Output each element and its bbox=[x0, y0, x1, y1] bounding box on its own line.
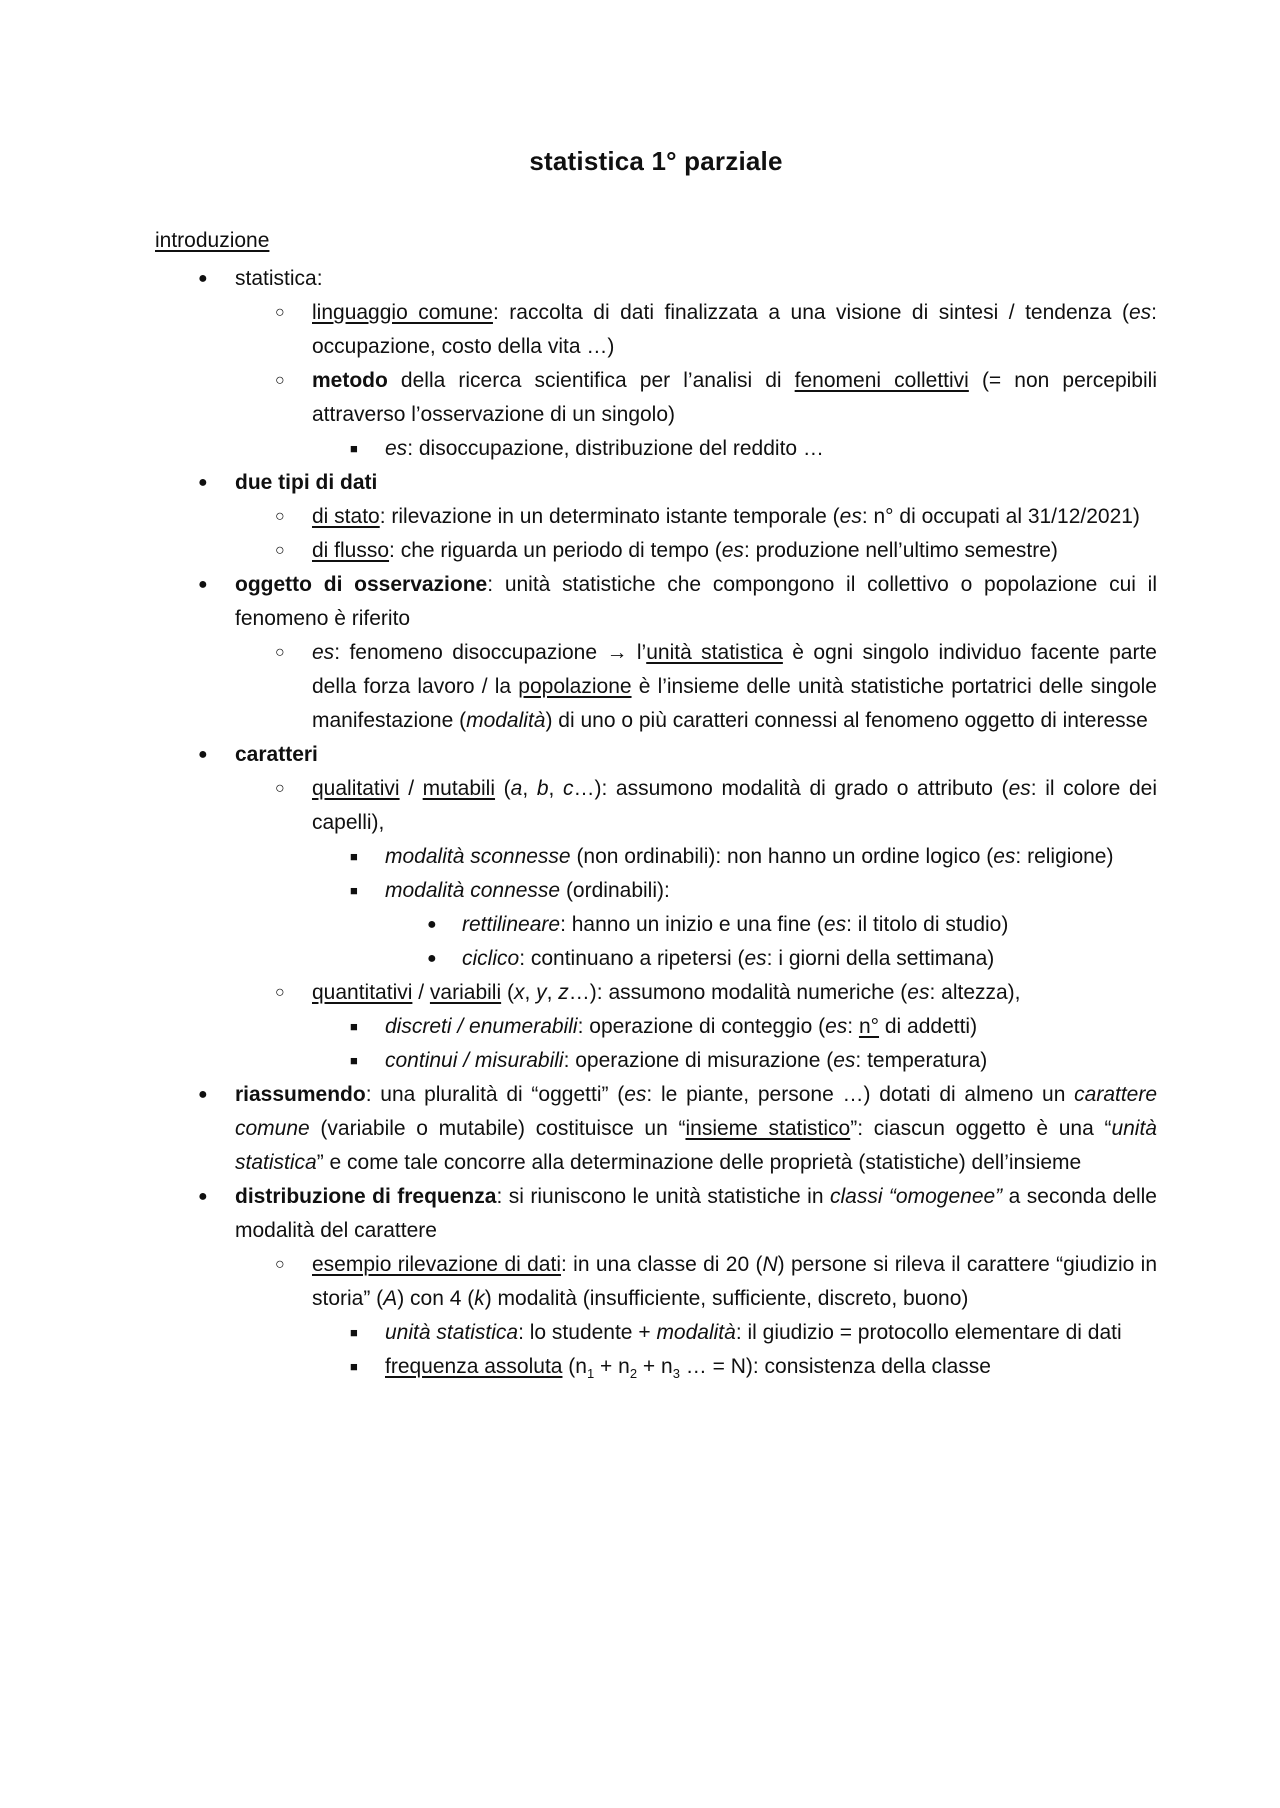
list-item-text: es: fenomeno disoccupazione → l’unità st… bbox=[312, 641, 1157, 732]
bullet-marker-icon: ○ bbox=[275, 500, 285, 534]
bullet-marker-icon: ○ bbox=[275, 976, 285, 1010]
bullet-marker-icon: ● bbox=[198, 1078, 208, 1112]
list-item: ■es: disoccupazione, distribuzione del r… bbox=[155, 432, 1157, 466]
list-item-text: es: disoccupazione, distribuzione del re… bbox=[385, 437, 824, 460]
bullet-marker-icon: ○ bbox=[275, 772, 285, 806]
list-item-text: quantitativi / variabili (x, y, z…): ass… bbox=[312, 981, 1021, 1004]
list-item-text: distribuzione di frequenza: si riuniscon… bbox=[235, 1185, 1157, 1242]
list-item: ○di stato: rilevazione in un determinato… bbox=[155, 500, 1157, 534]
document-title: statistica 1° parziale bbox=[155, 144, 1157, 178]
list-item: ○qualitativi / mutabili (a, b, c…): assu… bbox=[155, 772, 1157, 840]
list-item: ○metodo della ricerca scientifica per l’… bbox=[155, 364, 1157, 432]
bullet-marker-icon: ○ bbox=[275, 534, 285, 568]
bullet-marker-icon: ○ bbox=[275, 1248, 285, 1282]
list-item: ○linguaggio comune: raccolta di dati fin… bbox=[155, 296, 1157, 364]
list-item: ■modalità sconnesse (non ordinabili): no… bbox=[155, 840, 1157, 874]
list-item: ■unità statistica: lo studente + modalit… bbox=[155, 1316, 1157, 1350]
list-item-text: metodo della ricerca scientifica per l’a… bbox=[312, 369, 1157, 426]
bullet-marker-icon: ● bbox=[198, 262, 208, 296]
list-item-text: qualitativi / mutabili (a, b, c…): assum… bbox=[312, 777, 1157, 834]
list-item: ●due tipi di dati bbox=[155, 466, 1157, 500]
list-item: ●riassumendo: una pluralità di “oggetti”… bbox=[155, 1078, 1157, 1180]
list-item: ●distribuzione di frequenza: si riunisco… bbox=[155, 1180, 1157, 1248]
list-item-text: ciclico: continuano a ripetersi (es: i g… bbox=[462, 947, 994, 970]
list-item-text: modalità connesse (ordinabili): bbox=[385, 879, 670, 902]
list-item-text: riassumendo: una pluralità di “oggetti” … bbox=[235, 1083, 1157, 1174]
list-item-text: caratteri bbox=[235, 743, 318, 766]
list-item-text: continui / misurabili: operazione di mis… bbox=[385, 1049, 987, 1072]
list-item-text: rettilineare: hanno un inizio e una fine… bbox=[462, 913, 1008, 936]
bullet-marker-icon: ■ bbox=[350, 840, 358, 874]
bullet-marker-icon: ■ bbox=[350, 1350, 358, 1384]
bullet-marker-icon: ● bbox=[198, 1180, 208, 1214]
bullet-marker-icon: ■ bbox=[350, 432, 358, 466]
bullet-marker-icon: ■ bbox=[350, 1010, 358, 1044]
bullet-marker-icon: ○ bbox=[275, 636, 285, 670]
bullet-marker-icon: ● bbox=[198, 568, 208, 602]
list-item: ○esempio rilevazione di dati: in una cla… bbox=[155, 1248, 1157, 1316]
list-item-text: statistica: bbox=[235, 267, 323, 290]
bullet-marker-icon: ■ bbox=[350, 1044, 358, 1078]
bullet-marker-icon: ● bbox=[198, 738, 208, 772]
list-item: ■modalità connesse (ordinabili): bbox=[155, 874, 1157, 908]
bullet-marker-icon: ○ bbox=[275, 364, 285, 398]
list-item-text: linguaggio comune: raccolta di dati fina… bbox=[312, 301, 1157, 358]
list-item-text: discreti / enumerabili: operazione di co… bbox=[385, 1015, 977, 1038]
list-item-text: modalità sconnesse (non ordinabili): non… bbox=[385, 845, 1113, 868]
list-item-text: di flusso: che riguarda un periodo di te… bbox=[312, 539, 1058, 562]
list-item-text: di stato: rilevazione in un determinato … bbox=[312, 505, 1140, 528]
list-item: ■discreti / enumerabili: operazione di c… bbox=[155, 1010, 1157, 1044]
list-item: ○quantitativi / variabili (x, y, z…): as… bbox=[155, 976, 1157, 1010]
list-item: ●oggetto di osservazione: unità statisti… bbox=[155, 568, 1157, 636]
bullet-marker-icon: ■ bbox=[350, 874, 358, 908]
bullet-marker-icon: ● bbox=[198, 466, 208, 500]
list-item-text: due tipi di dati bbox=[235, 471, 377, 494]
list-item-text: unità statistica: lo studente + modalità… bbox=[385, 1321, 1122, 1344]
list-item: ■frequenza assoluta (n1 + n2 + n3 … = N)… bbox=[155, 1350, 1157, 1384]
list-item-text: oggetto di osservazione: unità statistic… bbox=[235, 573, 1157, 630]
document-content: statistica 1° parziale introduzione ●sta… bbox=[155, 0, 1157, 1384]
list-item: ●rettilineare: hanno un inizio e una fin… bbox=[155, 908, 1157, 942]
bullet-marker-icon: ● bbox=[427, 942, 437, 976]
bullet-marker-icon: ■ bbox=[350, 1316, 358, 1350]
bullet-marker-icon: ○ bbox=[275, 296, 285, 330]
section-heading-introduzione: introduzione bbox=[155, 224, 1157, 258]
list-item: ●statistica: bbox=[155, 262, 1157, 296]
list-item: ○es: fenomeno disoccupazione → l’unità s… bbox=[155, 636, 1157, 738]
document-page: { "page": { "title": "statistica 1° parz… bbox=[0, 0, 1280, 1808]
list-item-text: frequenza assoluta (n1 + n2 + n3 … = N):… bbox=[385, 1355, 991, 1378]
bullet-marker-icon: ● bbox=[427, 908, 437, 942]
list-item: ○di flusso: che riguarda un periodo di t… bbox=[155, 534, 1157, 568]
list-item: ●ciclico: continuano a ripetersi (es: i … bbox=[155, 942, 1157, 976]
list-item-text: esempio rilevazione di dati: in una clas… bbox=[312, 1253, 1157, 1310]
list-item: ■continui / misurabili: operazione di mi… bbox=[155, 1044, 1157, 1078]
list-item: ●caratteri bbox=[155, 738, 1157, 772]
bullet-list: ●statistica:○linguaggio comune: raccolta… bbox=[155, 262, 1157, 1384]
